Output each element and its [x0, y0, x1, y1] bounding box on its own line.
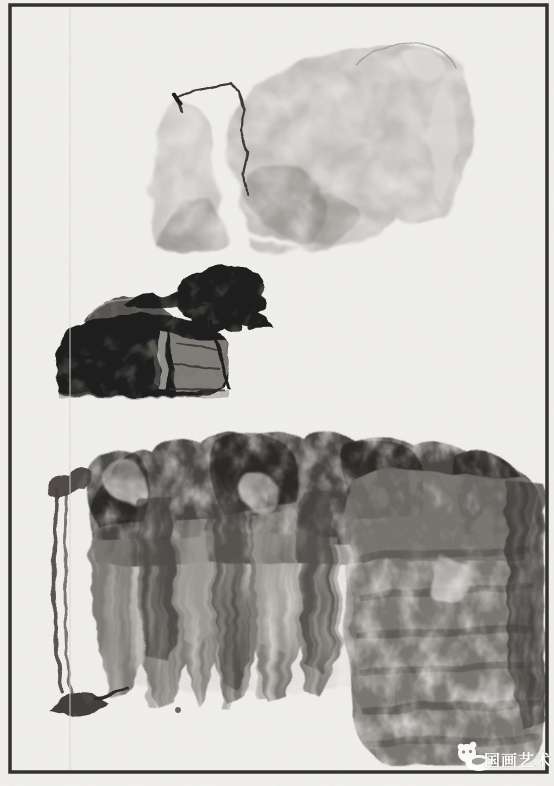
- paper-grain-overlay: [0, 0, 554, 786]
- watermark-text: 国画艺术: [484, 751, 552, 770]
- painting-page: 国画艺术: [0, 0, 554, 786]
- painting-canvas: 国画艺术: [0, 0, 554, 786]
